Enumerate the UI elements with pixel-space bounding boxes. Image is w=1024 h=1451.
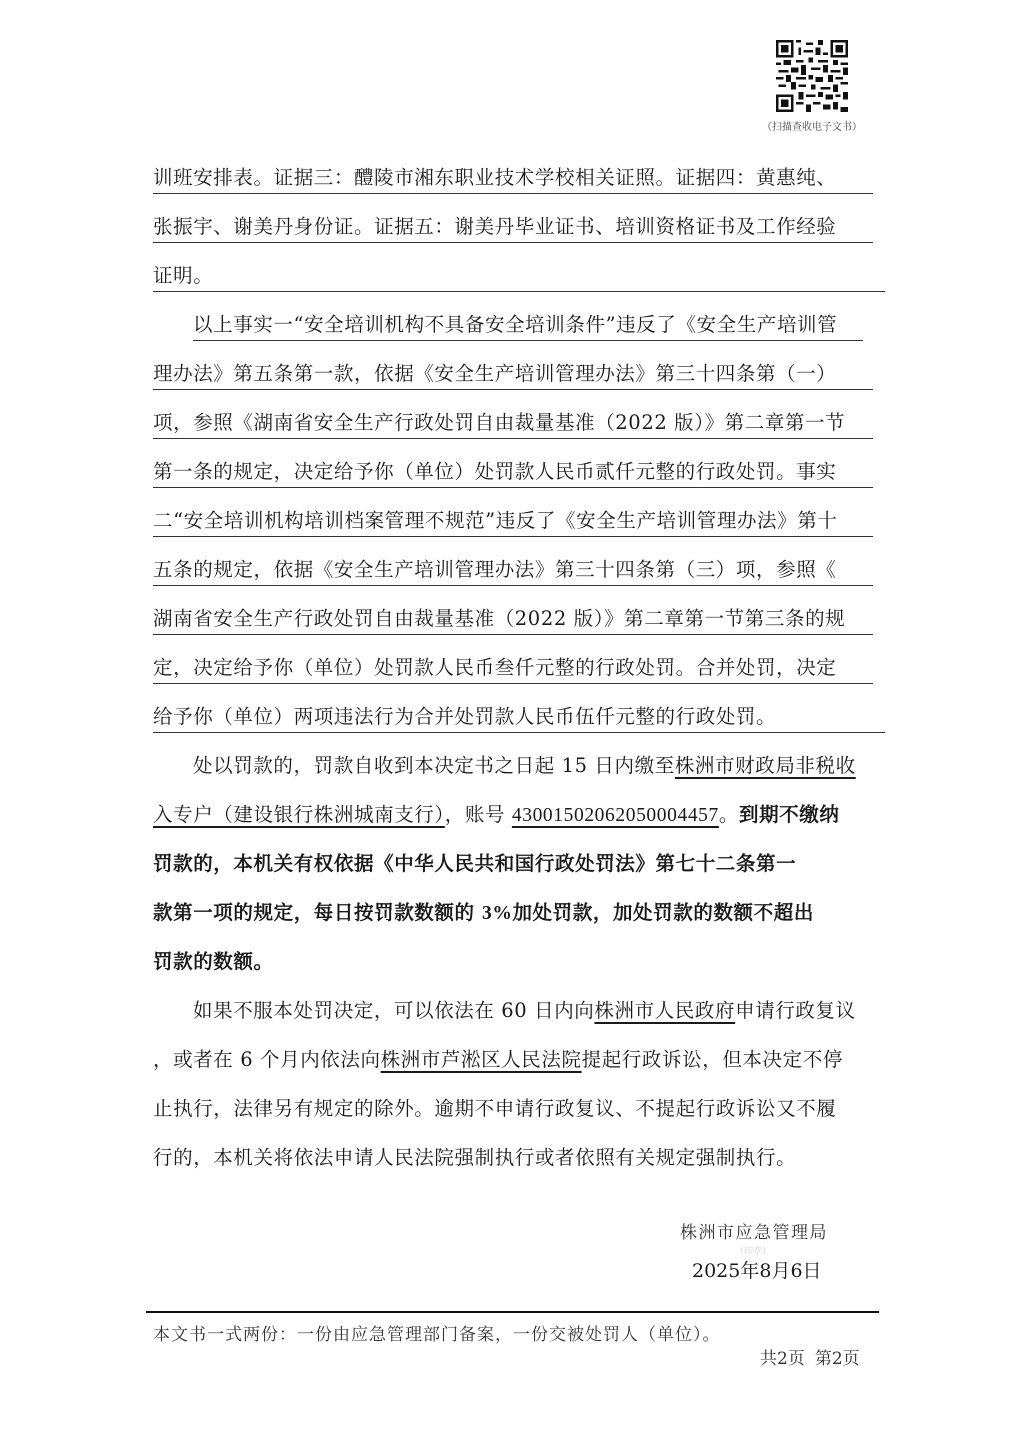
document-body: 训班安排表。证据三：醴陵市湘东职业技术学校相关证照。证据四：黄惠纯、 张振宇、谢… (153, 163, 873, 1192)
payee-account-name-cont: 入专户（建设银行株洲城南支行） (153, 803, 445, 826)
appeal-line: 如果不服本处罚决定，可以依法在 60 日内向株洲市人民政府申请行政复议 (153, 996, 873, 1045)
appeal-paragraph: 如果不服本处罚决定，可以依法在 60 日内向株洲市人民政府申请行政复议 ，或者在… (153, 996, 873, 1192)
court-name: 株洲市芦淞区人民法院 (381, 1048, 582, 1071)
account-number: 43001502062050004457 (512, 805, 719, 826)
evidence-line: 训班安排表。证据三：醴陵市湘东职业技术学校相关证照。证据四：黄惠纯、 (153, 163, 873, 212)
page-indicator: 共2页第2页 (760, 1344, 860, 1369)
violation-line: 五条的规定，依据《安全生产培训管理办法》第三十四条第（三）项，参照《 (153, 555, 873, 604)
appeal-line: 止执行，法律另有规定的除外。逾期不申请行政复议、不提起行政诉讼又不履 (153, 1094, 873, 1143)
appeal-line: ，或者在 6 个月内依法向株洲市芦淞区人民法院提起行政诉讼，但本决定不停 (153, 1045, 873, 1094)
evidence-line: 张振宇、谢美丹身份证。证据五：谢美丹毕业证书、培训资格证书及工作经验 (153, 212, 873, 261)
total-pages: 共2页 (760, 1349, 805, 1369)
payment-line: 罚款的，本机关有权依据《中华人民共和国行政处罚法》第七十二条第一 (153, 849, 873, 898)
payment-line: 罚款的数额。 (153, 947, 873, 996)
qr-code-block: （扫描查收电子文书） (752, 40, 872, 133)
footer-divider (146, 1311, 879, 1313)
violation-line: 以上事实一“安全培训机构不具备安全培训条件”违反了《安全生产培训管 (153, 310, 873, 359)
qr-caption: （扫描查收电子文书） (752, 118, 872, 133)
payee-account-name: 株洲市财政局非税收 (675, 754, 856, 777)
violation-line: 定，决定给予你（单位）处罚款人民币叁仟元整的行政处罚。合并处罚，决定 (153, 653, 873, 702)
appeal-line: 行的，本机关将依法申请人民法院强制执行或者依照有关规定强制执行。 (153, 1143, 873, 1192)
late-fee-rate: 3% (482, 903, 512, 924)
payment-line: 入专户（建设银行株洲城南支行），账号 43001502062050004457。… (153, 800, 873, 849)
issuing-authority: 株洲市应急管理局 (680, 1218, 828, 1243)
violation-line: 理办法》第五条第一款，依据《安全生产培训管理办法》第三十四条第（一） (153, 359, 873, 408)
review-authority: 株洲市人民政府 (594, 999, 735, 1022)
payment-line: 处以罚款的，罚款自收到本决定书之日起 15 日内缴至株洲市财政局非税收 (153, 751, 873, 800)
violation-line: 给予你（单位）两项违法行为合并处罚款人民币伍仟元整的行政处罚。 (153, 702, 873, 751)
violation-line: 二“安全培训机构培训档案管理不规范”违反了《安全生产培训管理办法》第十 (153, 506, 873, 555)
violation-line: 第一条的规定，决定给予你（单位）处罚款人民币贰仟元整的行政处罚。事实 (153, 457, 873, 506)
evidence-paragraph: 训班安排表。证据三：醴陵市湘东职业技术学校相关证照。证据四：黄惠纯、 张振宇、谢… (153, 163, 873, 310)
footer-note: 本文书一式两份：一份由应急管理部门备案，一份交被处罚人（单位）。 (153, 1320, 721, 1345)
qr-code-icon (776, 40, 848, 112)
violation-paragraph: 以上事实一“安全培训机构不具备安全培训条件”违反了《安全生产培训管 理办法》第五… (153, 310, 873, 751)
payment-paragraph: 处以罚款的，罚款自收到本决定书之日起 15 日内缴至株洲市财政局非税收 入专户（… (153, 751, 873, 996)
violation-line: 项，参照《湖南省安全生产行政处罚自由裁量基准（2022 版）》第二章第一节 (153, 408, 873, 457)
issue-date: 2025年8月6日 (692, 1256, 822, 1283)
current-page: 第2页 (815, 1349, 860, 1369)
violation-line: 湖南省安全生产行政处罚自由裁量基准（2022 版）》第二章第一节第三条的规 (153, 604, 873, 653)
evidence-line: 证明。 (153, 261, 873, 310)
payment-line: 款第一项的规定，每日按罚款数额的 3%加处罚款，加处罚款的数额不超出 (153, 898, 873, 947)
